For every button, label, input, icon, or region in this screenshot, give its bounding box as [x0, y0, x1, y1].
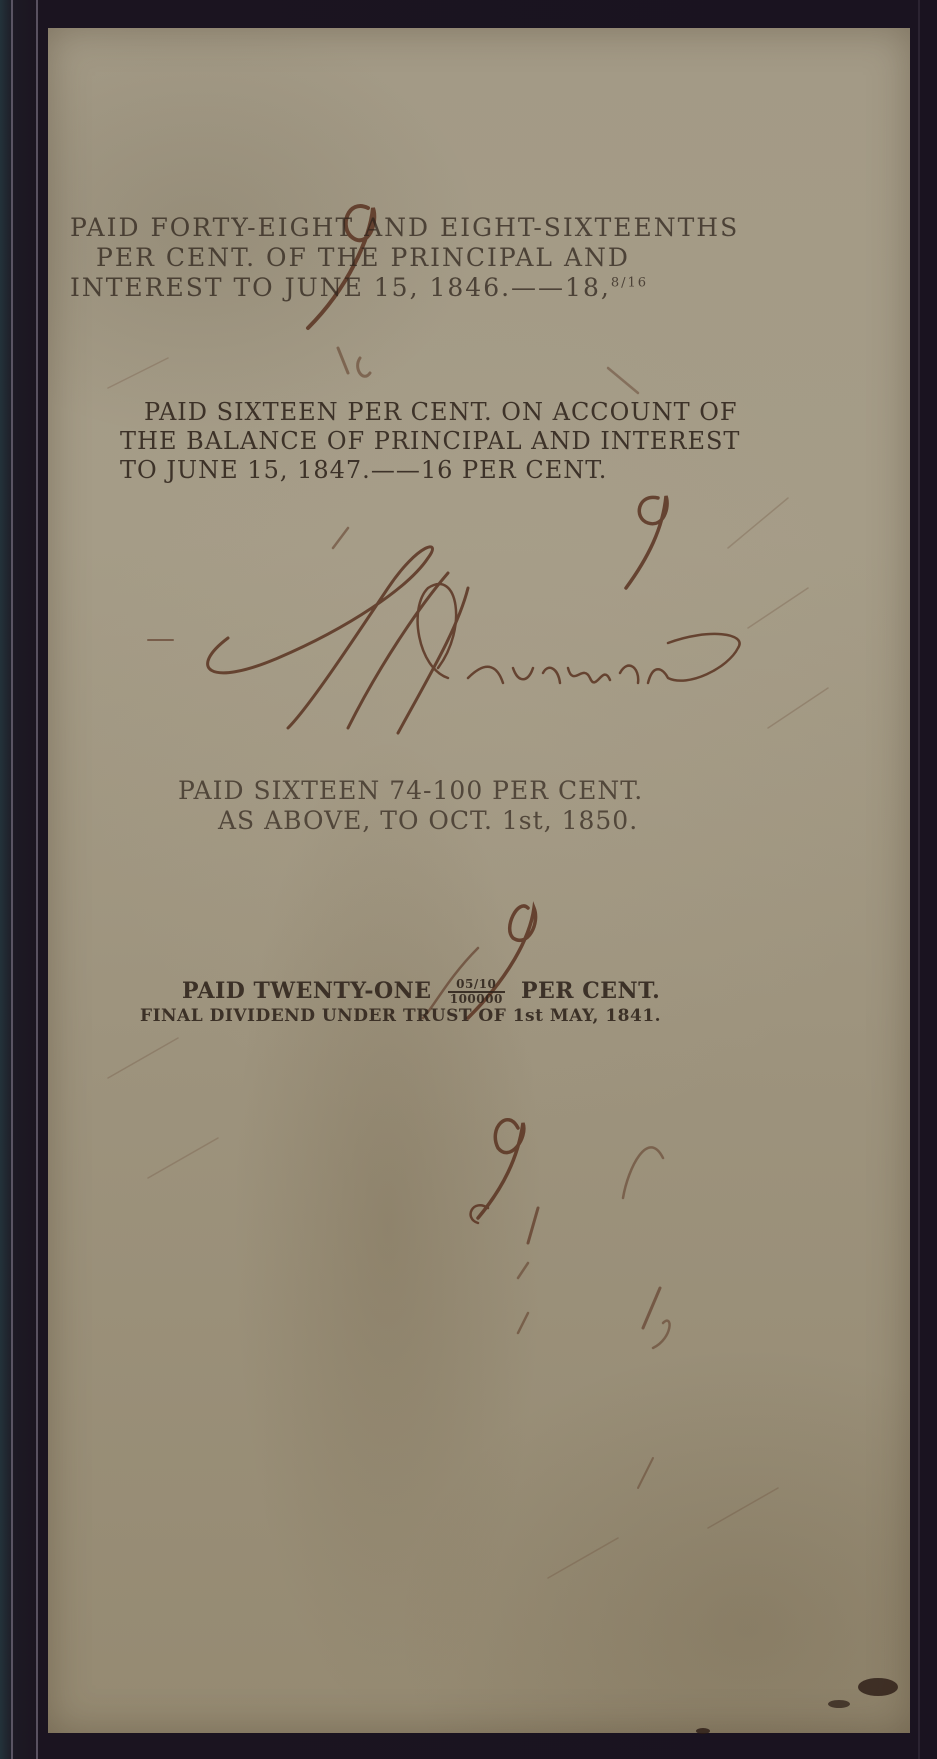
signature: J. M. Fairman	[218, 588, 614, 656]
stamp-line: PAID SIXTEEN 74-100 PER CENT.	[178, 776, 643, 806]
stamp-line: PER CENT. OF THE PRINCIPAL AND	[70, 243, 739, 273]
stamp-line: PAID SIXTEEN PER CENT. ON ACCOUNT OF	[120, 398, 740, 427]
fraction-numerator: 05/10	[448, 978, 505, 993]
stamp-line: AS ABOVE, TO OCT. 1st, 1850.	[178, 806, 643, 836]
stamp-block-final-dividend: PAID TWENTY-ONE 05/10 100000 PER CENT. F…	[140, 978, 661, 1026]
fraction-suffix: 8/16	[611, 276, 648, 291]
ink-stain	[828, 1700, 850, 1708]
stamp-line: PAID TWENTY-ONE 05/10 100000 PER CENT.	[140, 978, 661, 1006]
stamp-block-1847: PAID SIXTEEN PER CENT. ON ACCOUNT OF THE…	[120, 398, 740, 484]
stamp-block-1850: PAID SIXTEEN 74-100 PER CENT. AS ABOVE, …	[178, 776, 643, 836]
fraction-denominator: 100000	[448, 993, 505, 1006]
fraction: 05/10 100000	[448, 978, 505, 1005]
ink-stain	[696, 1728, 710, 1734]
ink-stain	[858, 1678, 898, 1696]
stamp-line: INTEREST TO JUNE 15, 1846.——18,8/16	[70, 273, 739, 303]
stamp-block-1846: PAID FORTY-EIGHT AND EIGHT-SIXTEENTHS PE…	[70, 213, 739, 303]
sleeve-edge-right	[918, 0, 920, 1759]
stamp-line: PAID FORTY-EIGHT AND EIGHT-SIXTEENTHS	[70, 213, 739, 243]
document-paper: J. M. Fairman PAID FORTY-EIGHT AND EIGHT…	[48, 28, 910, 1733]
photo-background: J. M. Fairman PAID FORTY-EIGHT AND EIGHT…	[0, 0, 937, 1759]
stamp-line: TO JUNE 15, 1847.——16 PER CENT.	[120, 456, 740, 485]
sleeve-edge-inner	[36, 0, 38, 1759]
stamp-line: THE BALANCE OF PRINCIPAL AND INTEREST	[120, 427, 740, 456]
sleeve-edge-left	[11, 0, 13, 1759]
stamp-line: FINAL DIVIDEND UNDER TRUST OF 1st MAY, 1…	[140, 1006, 661, 1026]
